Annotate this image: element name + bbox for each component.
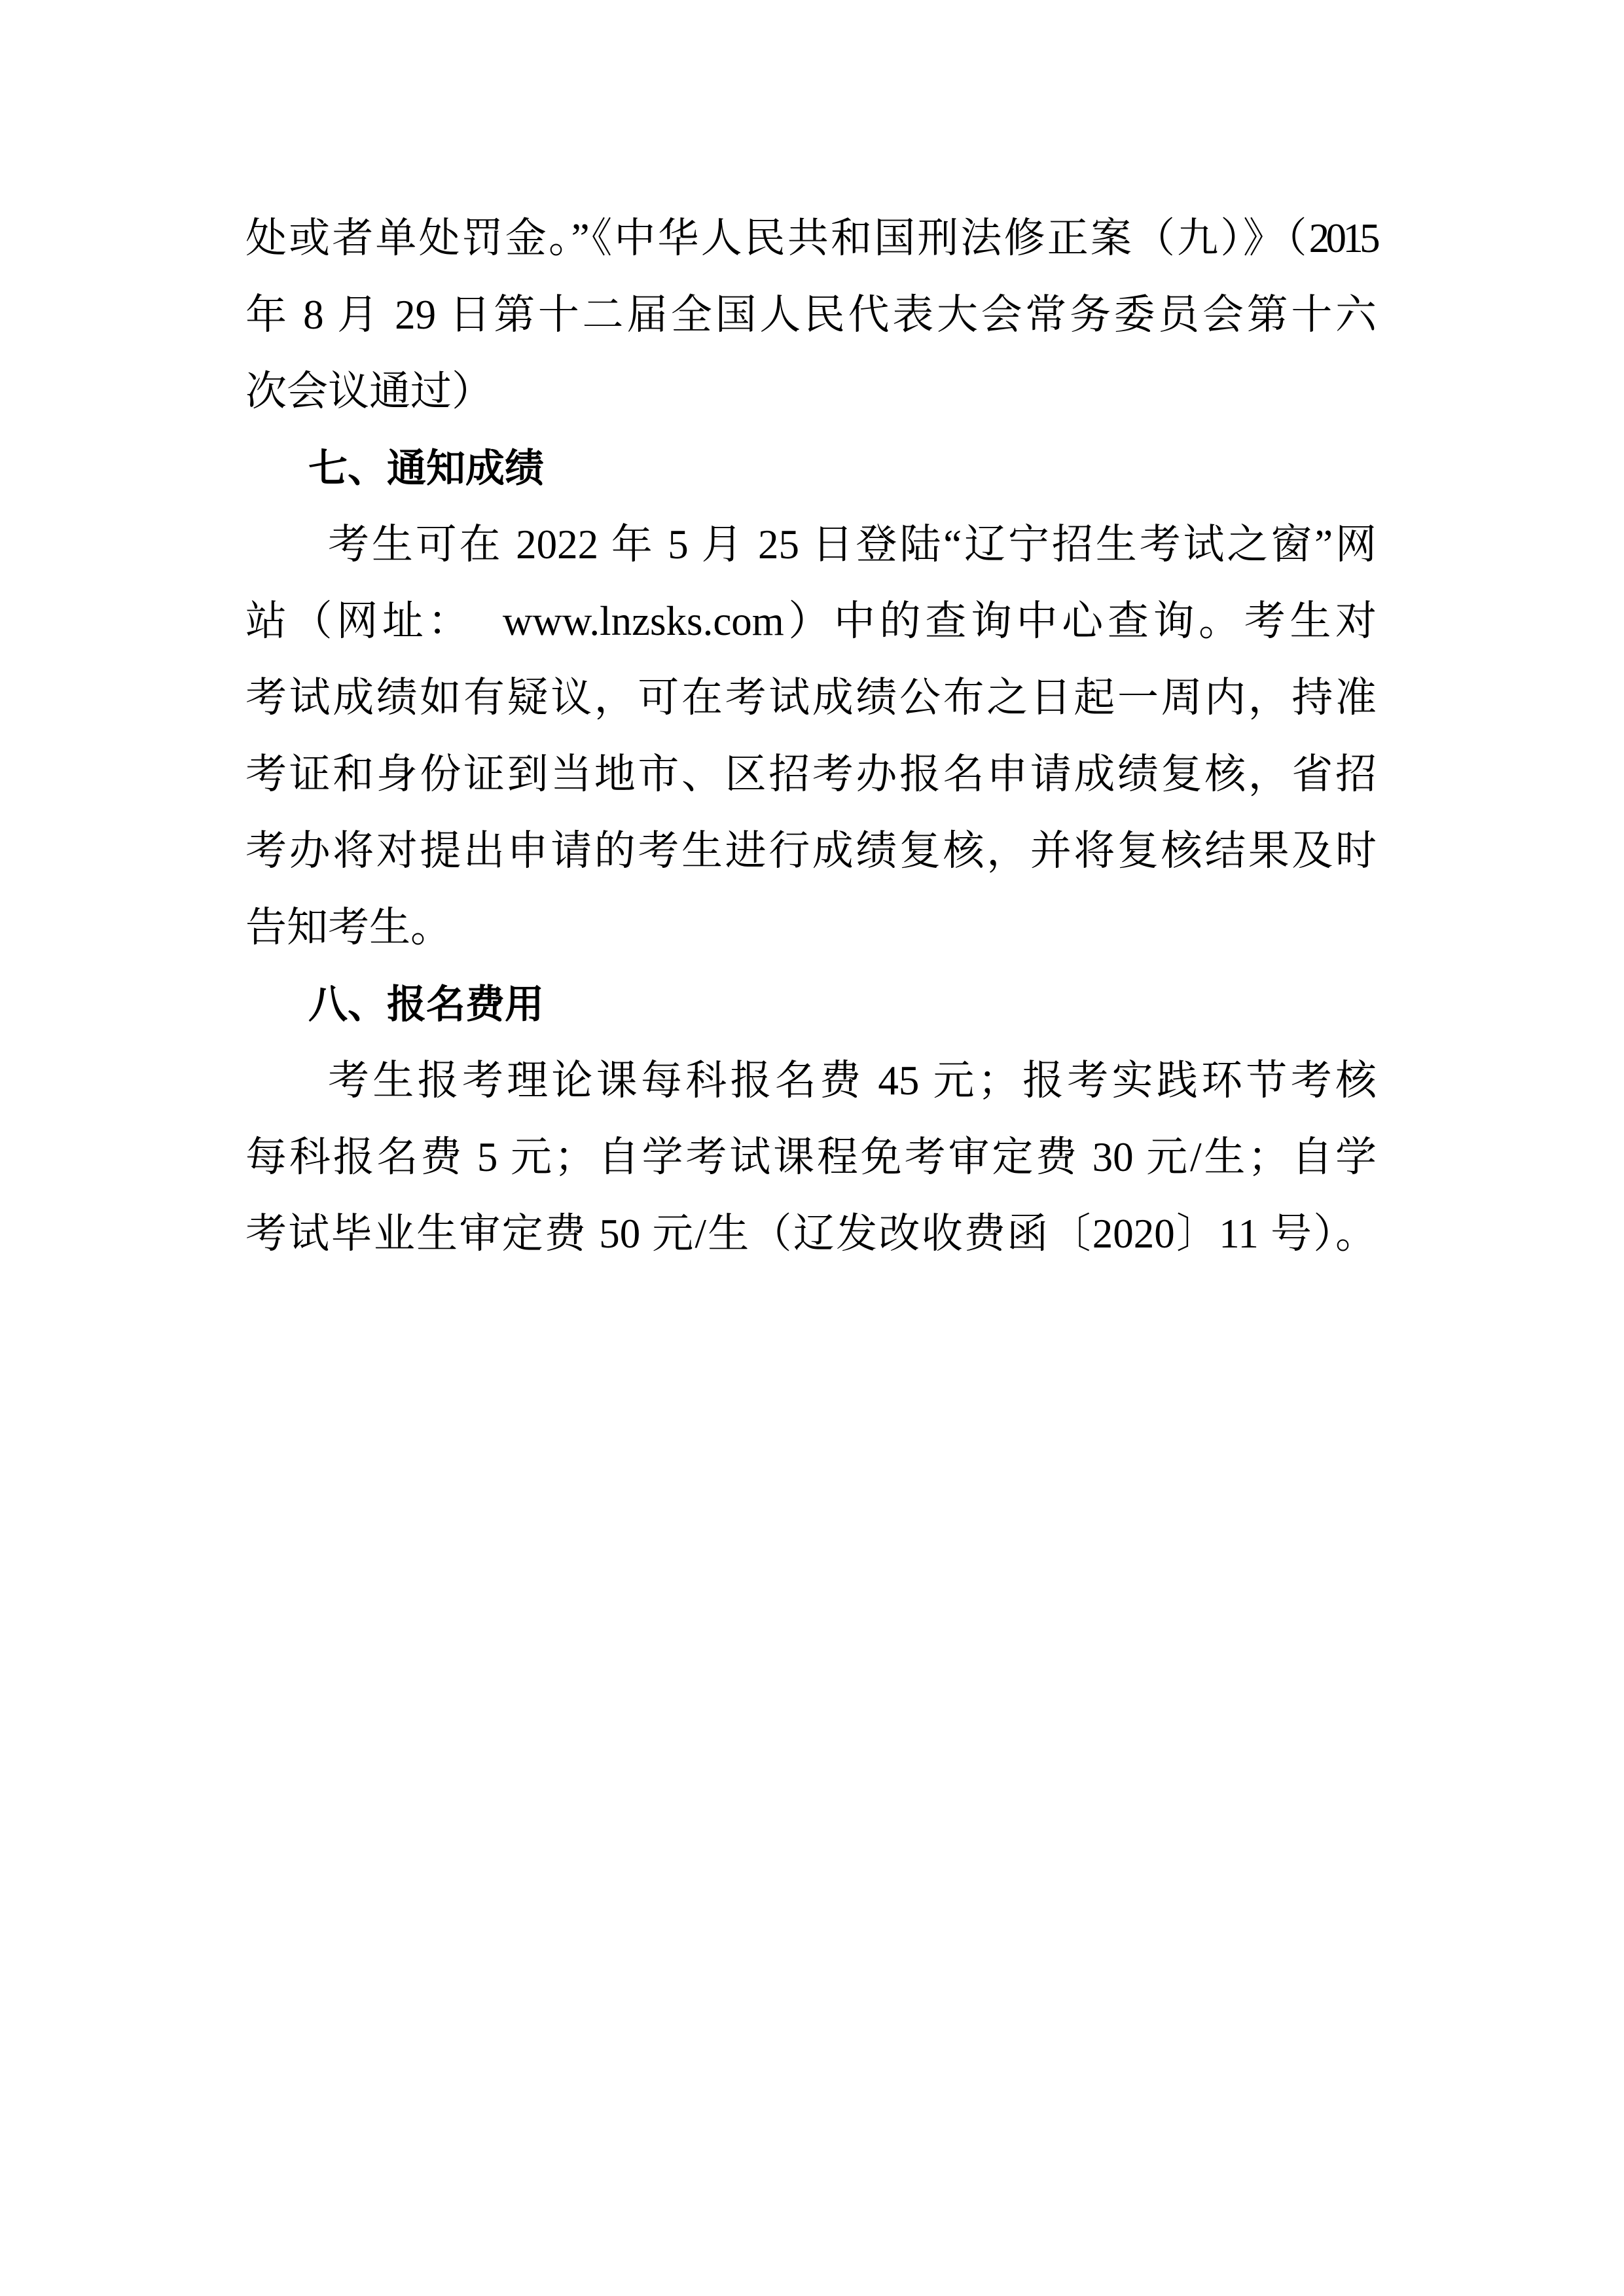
body-text-line: 考证和身份证到当地市、区招考办报名申请成绩复核，省招 bbox=[245, 736, 1377, 813]
body-text-line: 考生报考理论课每科报名费 45 元；报考实践环节考核 bbox=[245, 1043, 1377, 1119]
section-heading: 八、报名费用 bbox=[245, 966, 1377, 1043]
body-text-line: 考办将对提出申请的考生进行成绩复核，并将复核结果及时 bbox=[245, 813, 1377, 889]
section-heading: 七、通知成绩 bbox=[245, 430, 1377, 507]
body-text-line: 考试成绩如有疑议，可在考试成绩公布之日起一周内，持准 bbox=[245, 660, 1377, 736]
body-text-line: 每科报名费 5 元；自学考试课程免考审定费 30 元/生；自学 bbox=[245, 1119, 1377, 1196]
body-text-line: 处或者单处罚金。”《中华人民共和国刑法修正案（九）》（2015 bbox=[245, 200, 1377, 277]
body-text-line: 考试毕业生审定费 50 元/生（辽发改收费函〔2020〕11 号）。 bbox=[245, 1196, 1377, 1272]
body-text-line: 站（网址： www.lnzsks.com）中的查询中心查询。考生对 bbox=[245, 583, 1377, 660]
body-text-line: 告知考生。 bbox=[245, 889, 1377, 966]
body-text-line: 考生可在 2022 年 5 月 25 日登陆“辽宁招生考试之窗”网 bbox=[245, 507, 1377, 583]
document-page: { "page": { "background_color": "#ffffff… bbox=[0, 0, 1624, 2296]
body-text-line: 次会议通过） bbox=[245, 353, 1377, 430]
text-block: 处或者单处罚金。”《中华人民共和国刑法修正案（九）》（2015年 8 月 29 … bbox=[245, 200, 1377, 1272]
body-text-line: 年 8 月 29 日第十二届全国人民代表大会常务委员会第十六 bbox=[245, 277, 1377, 353]
